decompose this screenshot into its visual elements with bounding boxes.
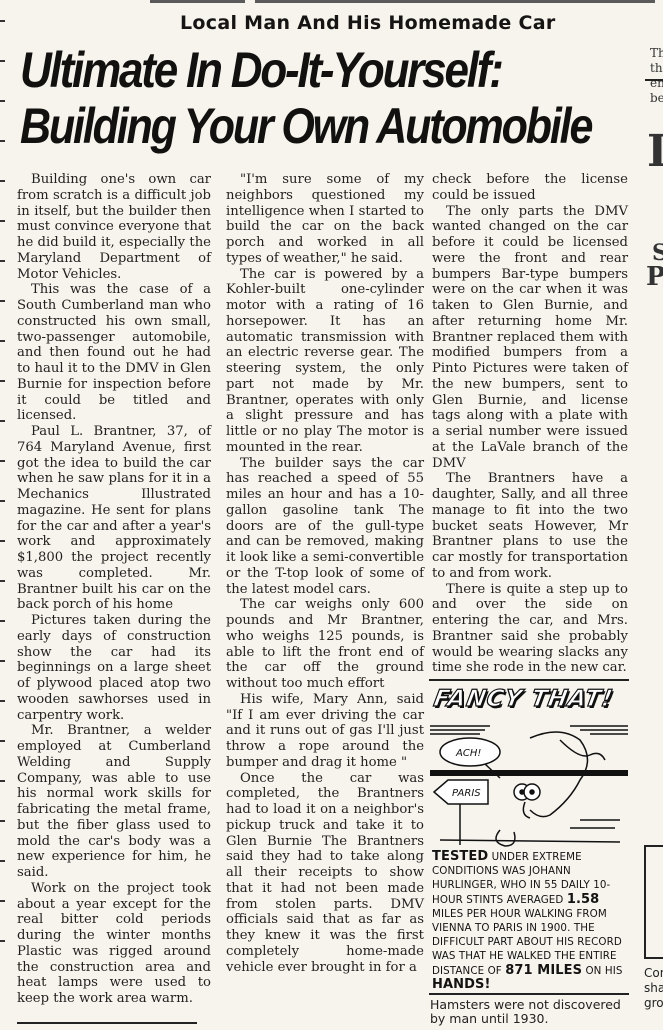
left-margin-fragments (0, 20, 10, 980)
paragraph: This was the case of a South Cumberland … (17, 282, 211, 424)
neighbor-text-fragment: Th th en be (650, 46, 663, 106)
paragraph: Pictures taken during the early days of … (17, 613, 211, 723)
headline-line-1: Ultimate In Do-It-Yourself: (20, 42, 539, 98)
top-clip-edge (150, 0, 245, 3)
article-column-1: Building one's own car from scratch is a… (17, 172, 211, 1007)
neighbor-cartoon-box (644, 845, 663, 959)
svg-text:PARIS: PARIS (452, 788, 481, 799)
paragraph: Mr. Brantner, a welder employed at Cumbe… (17, 723, 211, 881)
article-headline: Ultimate In Do-It-Yourself: Building You… (20, 42, 610, 154)
paragraph: The only parts the DMV wanted changed on… (432, 204, 628, 472)
paragraph: Paul L. Brantner, 37, of 764 Maryland Av… (17, 424, 211, 613)
fact-text: Hamsters were not discovered by man unti… (430, 998, 630, 1025)
neighbor-big-letter: I (647, 130, 663, 174)
paragraph: "I'm sure some of my neighbors questione… (226, 172, 424, 267)
fancy-that-panel: FANCY THAT! PARIS ACH! TESTED UNDER EXTR… (426, 676, 631, 1021)
article-column-3: check before the license could be issued… (432, 172, 628, 676)
column-bottom-rule (17, 1022, 197, 1024)
panel-top-rule (429, 679, 629, 681)
paragraph: The Brantners have a daughter, Sally, an… (432, 471, 628, 581)
top-clip-edge (255, 0, 655, 3)
svg-text:ACH!: ACH! (455, 748, 481, 759)
cartoon-illustration-icon: PARIS ACH! (430, 720, 628, 850)
neighbor-p-letter: P (646, 262, 663, 292)
neighbor-bottom-fragment: Cont shav grow (644, 966, 663, 1011)
headline-line-2: Building Your Own Automobile (20, 98, 527, 154)
fancy-that-title: FANCY THAT! (432, 686, 629, 712)
neighbor-rule (645, 79, 663, 81)
paragraph: The car weighs only 600 pounds and Mr Br… (226, 597, 424, 692)
article-kicker: Local Man And His Homemade Car (180, 12, 650, 34)
paragraph: Building one's own car from scratch is a… (17, 172, 211, 282)
paragraph: check before the license could be issued (432, 172, 628, 204)
paragraph: The builder says the car has reached a s… (226, 456, 424, 598)
panel-divider-rule (429, 993, 629, 995)
paragraph: There is quite a step up to and over the… (432, 582, 628, 677)
paragraph: The car is powered by a Kohler-built one… (226, 267, 424, 456)
article-column-2: "I'm sure some of my neighbors questione… (226, 172, 424, 975)
paragraph: Once the car was completed, the Brantner… (226, 771, 424, 976)
fancy-that-caption: TESTED UNDER EXTREME CONDITIONS WAS JOHA… (432, 850, 630, 992)
paragraph: His wife, Mary Ann, said "If I am ever d… (226, 692, 424, 771)
paragraph: Work on the project took about a year ex… (17, 881, 211, 1007)
